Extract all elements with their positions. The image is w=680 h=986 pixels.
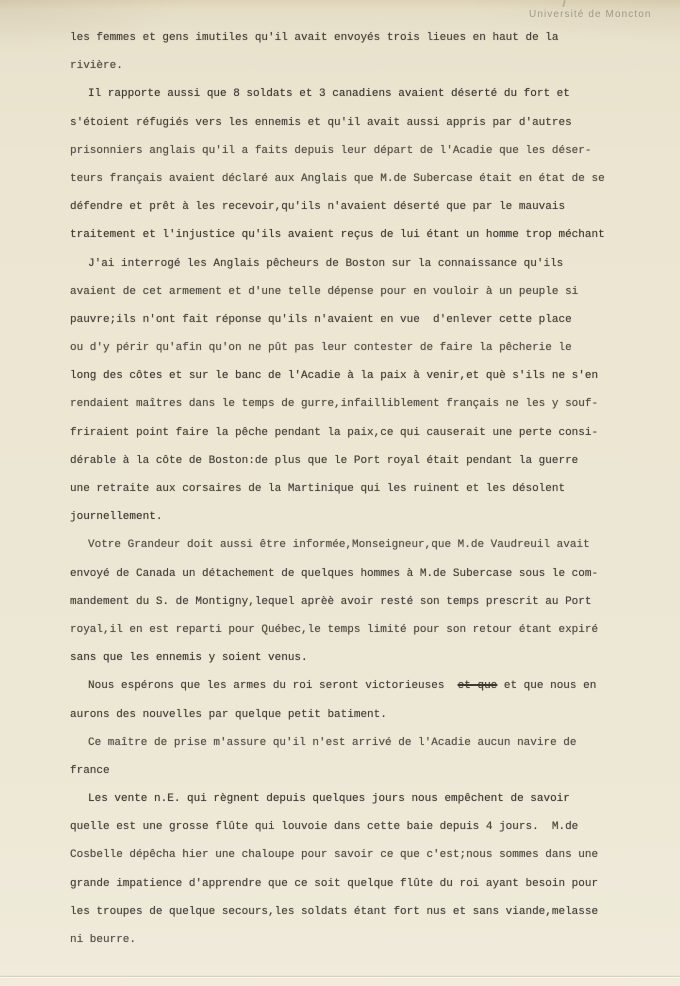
text-line: mandement du S. de Montigny,lequel aprèè…	[70, 588, 630, 616]
text-line: rendaient maîtres dans le temps de gurre…	[70, 390, 630, 418]
text-line: ou d'y périr qu'afin qu'on ne pût pas le…	[70, 334, 630, 362]
text-line: les troupes de quelque secours,les solda…	[70, 898, 630, 926]
document-text: les femmes et gens imutiles qu'il avait …	[70, 24, 630, 954]
text-line: s'étoient réfugiés vers les ennemis et q…	[70, 109, 630, 137]
text-line: long des côtes et sur le banc de l'Acadi…	[70, 362, 630, 390]
text-line: rivière.	[70, 52, 630, 80]
text-line: pauvre;ils n'ont fait réponse qu'ils n'a…	[70, 306, 630, 334]
text-line: journellement.	[70, 503, 630, 531]
archive-stamp: Université de Moncton	[529, 9, 652, 20]
text-line: Les vente n.E. qui règnent depuis quelqu…	[70, 785, 630, 813]
text-line: teurs français avaient déclaré aux Angla…	[70, 165, 630, 193]
text-line: quelle est une grosse flûte qui louvoie …	[70, 813, 630, 841]
strike-line-post: et que nous en	[497, 680, 596, 692]
strike-line-pre: Nous espérons que les armes du roi seron…	[88, 680, 458, 692]
text-line-with-strikethrough: Nous espérons que les armes du roi seron…	[70, 672, 630, 700]
text-line: dérable à la côte de Boston:de plus que …	[70, 447, 630, 475]
struck-text: et que	[458, 680, 498, 692]
text-line: aurons des nouvelles par quelque petit b…	[70, 701, 630, 729]
text-line: traitement et l'injustice qu'ils avaient…	[70, 221, 630, 249]
text-line: prisonniers anglais qu'il a faits depuis…	[70, 137, 630, 165]
text-line: sans que les ennemis y soient venus.	[70, 644, 630, 672]
text-line: envoyé de Canada un détachement de quelq…	[70, 560, 630, 588]
stray-ink-mark	[562, 0, 566, 7]
text-line: Cosbelle dépêcha hier une chaloupe pour …	[70, 841, 630, 869]
text-line: J'ai interrogé les Anglais pêcheurs de B…	[70, 250, 630, 278]
paper-bottom-edge	[0, 977, 680, 978]
text-line: une retraite aux corsaires de la Martini…	[70, 475, 630, 503]
text-line: royal,il en est reparti pour Québec,le t…	[70, 616, 630, 644]
text-line: avaient de cet armement et d'une telle d…	[70, 278, 630, 306]
text-line: ni beurre.	[70, 926, 630, 954]
text-line: france	[70, 757, 630, 785]
text-line: friraient point faire la pêche pendant l…	[70, 419, 630, 447]
scanned-document-page: Université de Moncton les femmes et gens…	[0, 0, 680, 986]
text-line: grande impatience d'apprendre que ce soi…	[70, 870, 630, 898]
text-line: Il rapporte aussi que 8 soldats et 3 can…	[70, 80, 630, 108]
text-line: Votre Grandeur doit aussi être informée,…	[70, 531, 630, 559]
text-line: défendre et prêt à les recevoir,qu'ils n…	[70, 193, 630, 221]
text-line: les femmes et gens imutiles qu'il avait …	[70, 24, 630, 52]
text-line: Ce maître de prise m'assure qu'il n'est …	[70, 729, 630, 757]
